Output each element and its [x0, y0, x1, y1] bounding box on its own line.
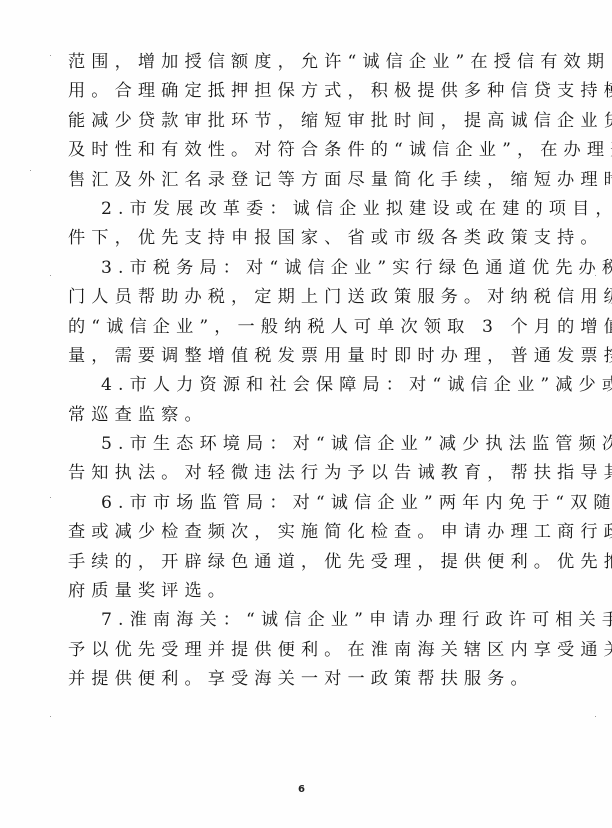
item-3-heading-line: 3.市税务局：对“诚信企业”实行绿色通道优先办税，或专 — [68, 254, 540, 283]
scan-speck — [50, 55, 51, 56]
text-line: 用。合理确定抵押担保方式，积极提供多种信贷支持模式，尽可 — [68, 77, 540, 106]
text-line: 府质量奖评选。 — [68, 577, 540, 606]
text-line: 件下，优先支持申报国家、省或市级各类政策支持。 — [68, 224, 540, 253]
scan-speck — [50, 497, 51, 498]
item-6-heading-line: 6.市市场监管局：对“诚信企业”两年内免于“双随机”抽 — [68, 489, 540, 518]
document-page: 范围，增加授信额度，允许“诚信企业”在授信有效期内循环使 用。合理确定抵押担保方… — [0, 0, 612, 828]
scan-speck — [595, 497, 596, 498]
scan-speck — [245, 185, 246, 186]
item-5-heading-line: 5.市生态环境局：对“诚信企业”减少执法监管频次，实施 — [68, 430, 540, 459]
scan-speck — [50, 716, 51, 717]
scan-speck — [30, 170, 31, 171]
text-line: 量，需要调整增值税发票用量时即时办理，普通发票按需领用。 — [68, 342, 540, 371]
text-line: 告知执法。对轻微违法行为予以告诫教育，帮扶指导其整改。 — [68, 459, 540, 488]
item-4-heading-line: 4.市人力资源和社会保障局：对“诚信企业”减少或免于日 — [68, 371, 540, 400]
text-line: 售汇及外汇名录登记等方面尽量简化手续，缩短办理时间。 — [68, 166, 540, 195]
body-text: 范围，增加授信额度，允许“诚信企业”在授信有效期内循环使 用。合理确定抵押担保方… — [68, 48, 540, 695]
item-7-heading-line: 7.淮南海关：“诚信企业”申请办理行政许可相关手续的， — [68, 606, 540, 635]
scan-speck — [595, 716, 596, 717]
text-line: 及时性和有效性。对符合条件的“诚信企业”，在办理开户、结 — [68, 136, 540, 165]
text-line: 常巡查监察。 — [68, 401, 540, 430]
text-line: 查或减少检查频次，实施简化检查。申请办理工商行政许可相关 — [68, 518, 540, 547]
text-line: 门人员帮助办税，定期上门送政策服务。对纳税信用级别为 A 级 — [68, 283, 540, 312]
text-line: 的“诚信企业”，一般纳税人可单次领取 3 个月的增值税发票用 — [68, 313, 540, 342]
text-line: 并提供便利。享受海关一对一政策帮扶服务。 — [68, 665, 540, 694]
text-line: 能减少贷款审批环节，缩短审批时间，提高诚信企业贷款审批的 — [68, 107, 540, 136]
scan-speck — [595, 275, 596, 276]
scan-speck — [50, 275, 51, 276]
text-line: 范围，增加授信额度，允许“诚信企业”在授信有效期内循环使 — [68, 48, 540, 77]
text-line: 手续的，开辟绿色通道，优先受理，提供便利。优先推荐参与政 — [68, 548, 540, 577]
item-2-heading-line: 2.市发展改革委：诚信企业拟建设或在建的项目，在同等条 — [68, 195, 540, 224]
scan-speck — [596, 58, 597, 59]
page-number: 6 — [298, 784, 305, 795]
text-line: 予以优先受理并提供便利。在淮南海关辖区内享受通关优先受理 — [68, 636, 540, 665]
